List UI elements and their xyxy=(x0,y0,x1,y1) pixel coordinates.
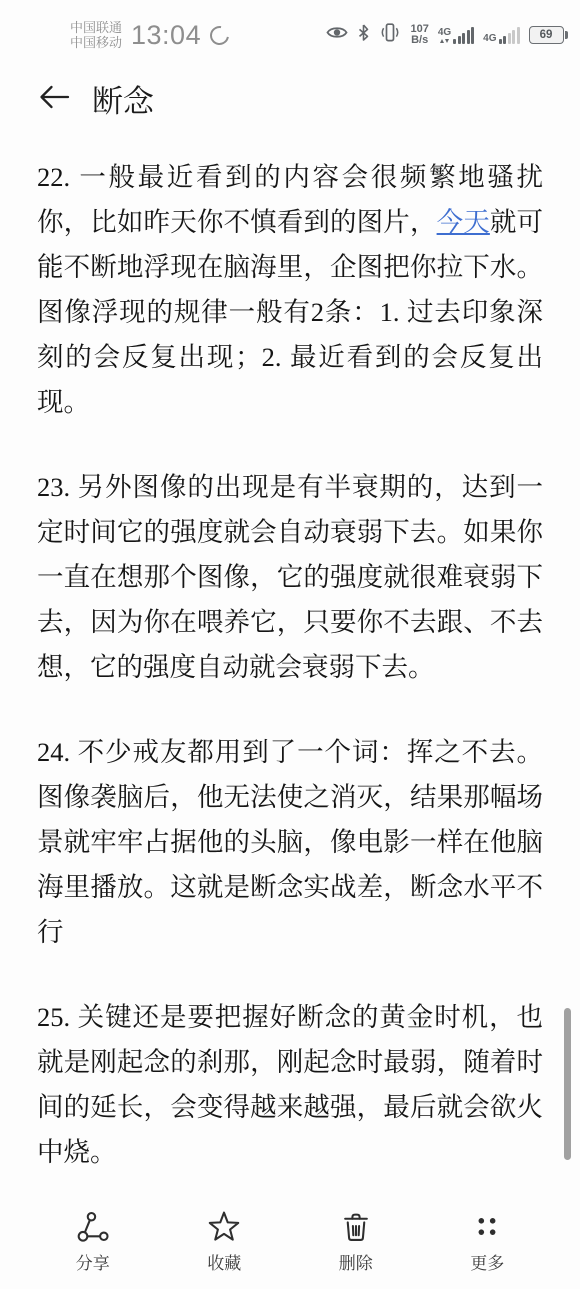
paragraph-23: 23. 另外图像的出现是有半衰期的，达到一定时间它的强度就会自动衰弱下去。如果你… xyxy=(37,465,543,690)
text-segment: 24. 不少戒友都用到了一个词：挥之不去。图像袭脑后，他无法使之消灭，结果那幅场… xyxy=(37,737,543,947)
paragraph-22: 22. 一般最近看到的内容会很频繁地骚扰你，比如昨天你不慎看到的图片，今天就可能… xyxy=(37,155,543,425)
toolbar-label: 更多 xyxy=(470,1249,504,1274)
text-segment: 25. 关键还是要把握好断念的黄金时机，也就是刚起念的刹那，刚起念时最弱，随着时… xyxy=(37,1002,543,1167)
battery-level: 69 xyxy=(529,26,564,44)
back-button[interactable] xyxy=(38,84,70,113)
article-body: 22. 一般最近看到的内容会很频繁地骚扰你，比如昨天你不慎看到的图片，今天就可能… xyxy=(0,134,580,1175)
vibrate-icon xyxy=(379,23,401,47)
signal-sim2-meta: 4G xyxy=(483,34,496,44)
toolbar-label: 收藏 xyxy=(207,1249,241,1274)
delete-button[interactable]: 删除 xyxy=(290,1195,422,1289)
signal-bars-sim2 xyxy=(499,27,520,44)
share-button[interactable]: 分享 xyxy=(27,1195,159,1289)
signal-sim1: 4G xyxy=(438,27,474,44)
star-icon xyxy=(207,1210,241,1243)
paragraph-25: 25. 关键还是要把握好断念的黄金时机，也就是刚起念的刹那，刚起念时最弱，随着时… xyxy=(37,995,543,1175)
sim2-network-type: 4G xyxy=(483,34,496,44)
back-arrow-icon xyxy=(38,84,70,113)
trash-icon xyxy=(339,1210,373,1243)
share-icon xyxy=(76,1210,110,1243)
sync-icon xyxy=(206,22,232,48)
data-activity-icon xyxy=(440,39,450,44)
battery-tip xyxy=(565,31,568,39)
today-link[interactable]: 今天 xyxy=(437,207,490,237)
more-button[interactable]: 更多 xyxy=(422,1195,554,1289)
carrier-labels: 中国联通 中国移动 xyxy=(70,20,122,50)
carrier-line-2: 中国移动 xyxy=(70,35,122,50)
status-time: 13:04 xyxy=(131,20,201,51)
network-speed: 107 B/s xyxy=(410,24,428,47)
signal-bars-sim1 xyxy=(453,27,474,44)
bottom-toolbar: 分享 收藏 删除 xyxy=(0,1195,580,1289)
bluetooth-icon xyxy=(357,24,370,46)
eye-comfort-icon xyxy=(326,25,348,45)
scrollbar-thumb[interactable] xyxy=(564,1008,571,1160)
battery-indicator: 69 xyxy=(529,26,569,44)
app-header: 断念 xyxy=(0,62,580,134)
status-left-cluster: 中国联通 中国移动 13:04 xyxy=(70,20,229,51)
sim1-network-type: 4G xyxy=(438,28,451,38)
text-segment: 23. 另外图像的出现是有半衰期的，达到一定时间它的强度就会自动衰弱下去。如果你… xyxy=(37,472,543,682)
network-speed-unit: B/s xyxy=(410,35,428,47)
phone-screen: 中国联通 中国移动 13:04 xyxy=(0,0,580,1289)
status-right-cluster: 107 B/s 4G 4G 69 xyxy=(326,23,568,47)
text-segment: 就可能不断地浮现在脑海里，企图把你拉下水。图像浮现的规律一般有2条：1. 过去印… xyxy=(37,207,543,417)
signal-sim1-meta: 4G xyxy=(438,28,451,44)
carrier-line-1: 中国联通 xyxy=(70,20,122,35)
paragraph-24: 24. 不少戒友都用到了一个词：挥之不去。图像袭脑后，他无法使之消灭，结果那幅场… xyxy=(37,730,543,955)
signal-sim2: 4G xyxy=(483,27,519,44)
page-title: 断念 xyxy=(92,76,154,121)
status-bar: 中国联通 中国移动 13:04 xyxy=(0,0,580,62)
favorite-button[interactable]: 收藏 xyxy=(159,1195,291,1289)
toolbar-label: 删除 xyxy=(339,1249,373,1274)
more-dots-icon xyxy=(470,1210,504,1243)
toolbar-label: 分享 xyxy=(76,1249,110,1274)
